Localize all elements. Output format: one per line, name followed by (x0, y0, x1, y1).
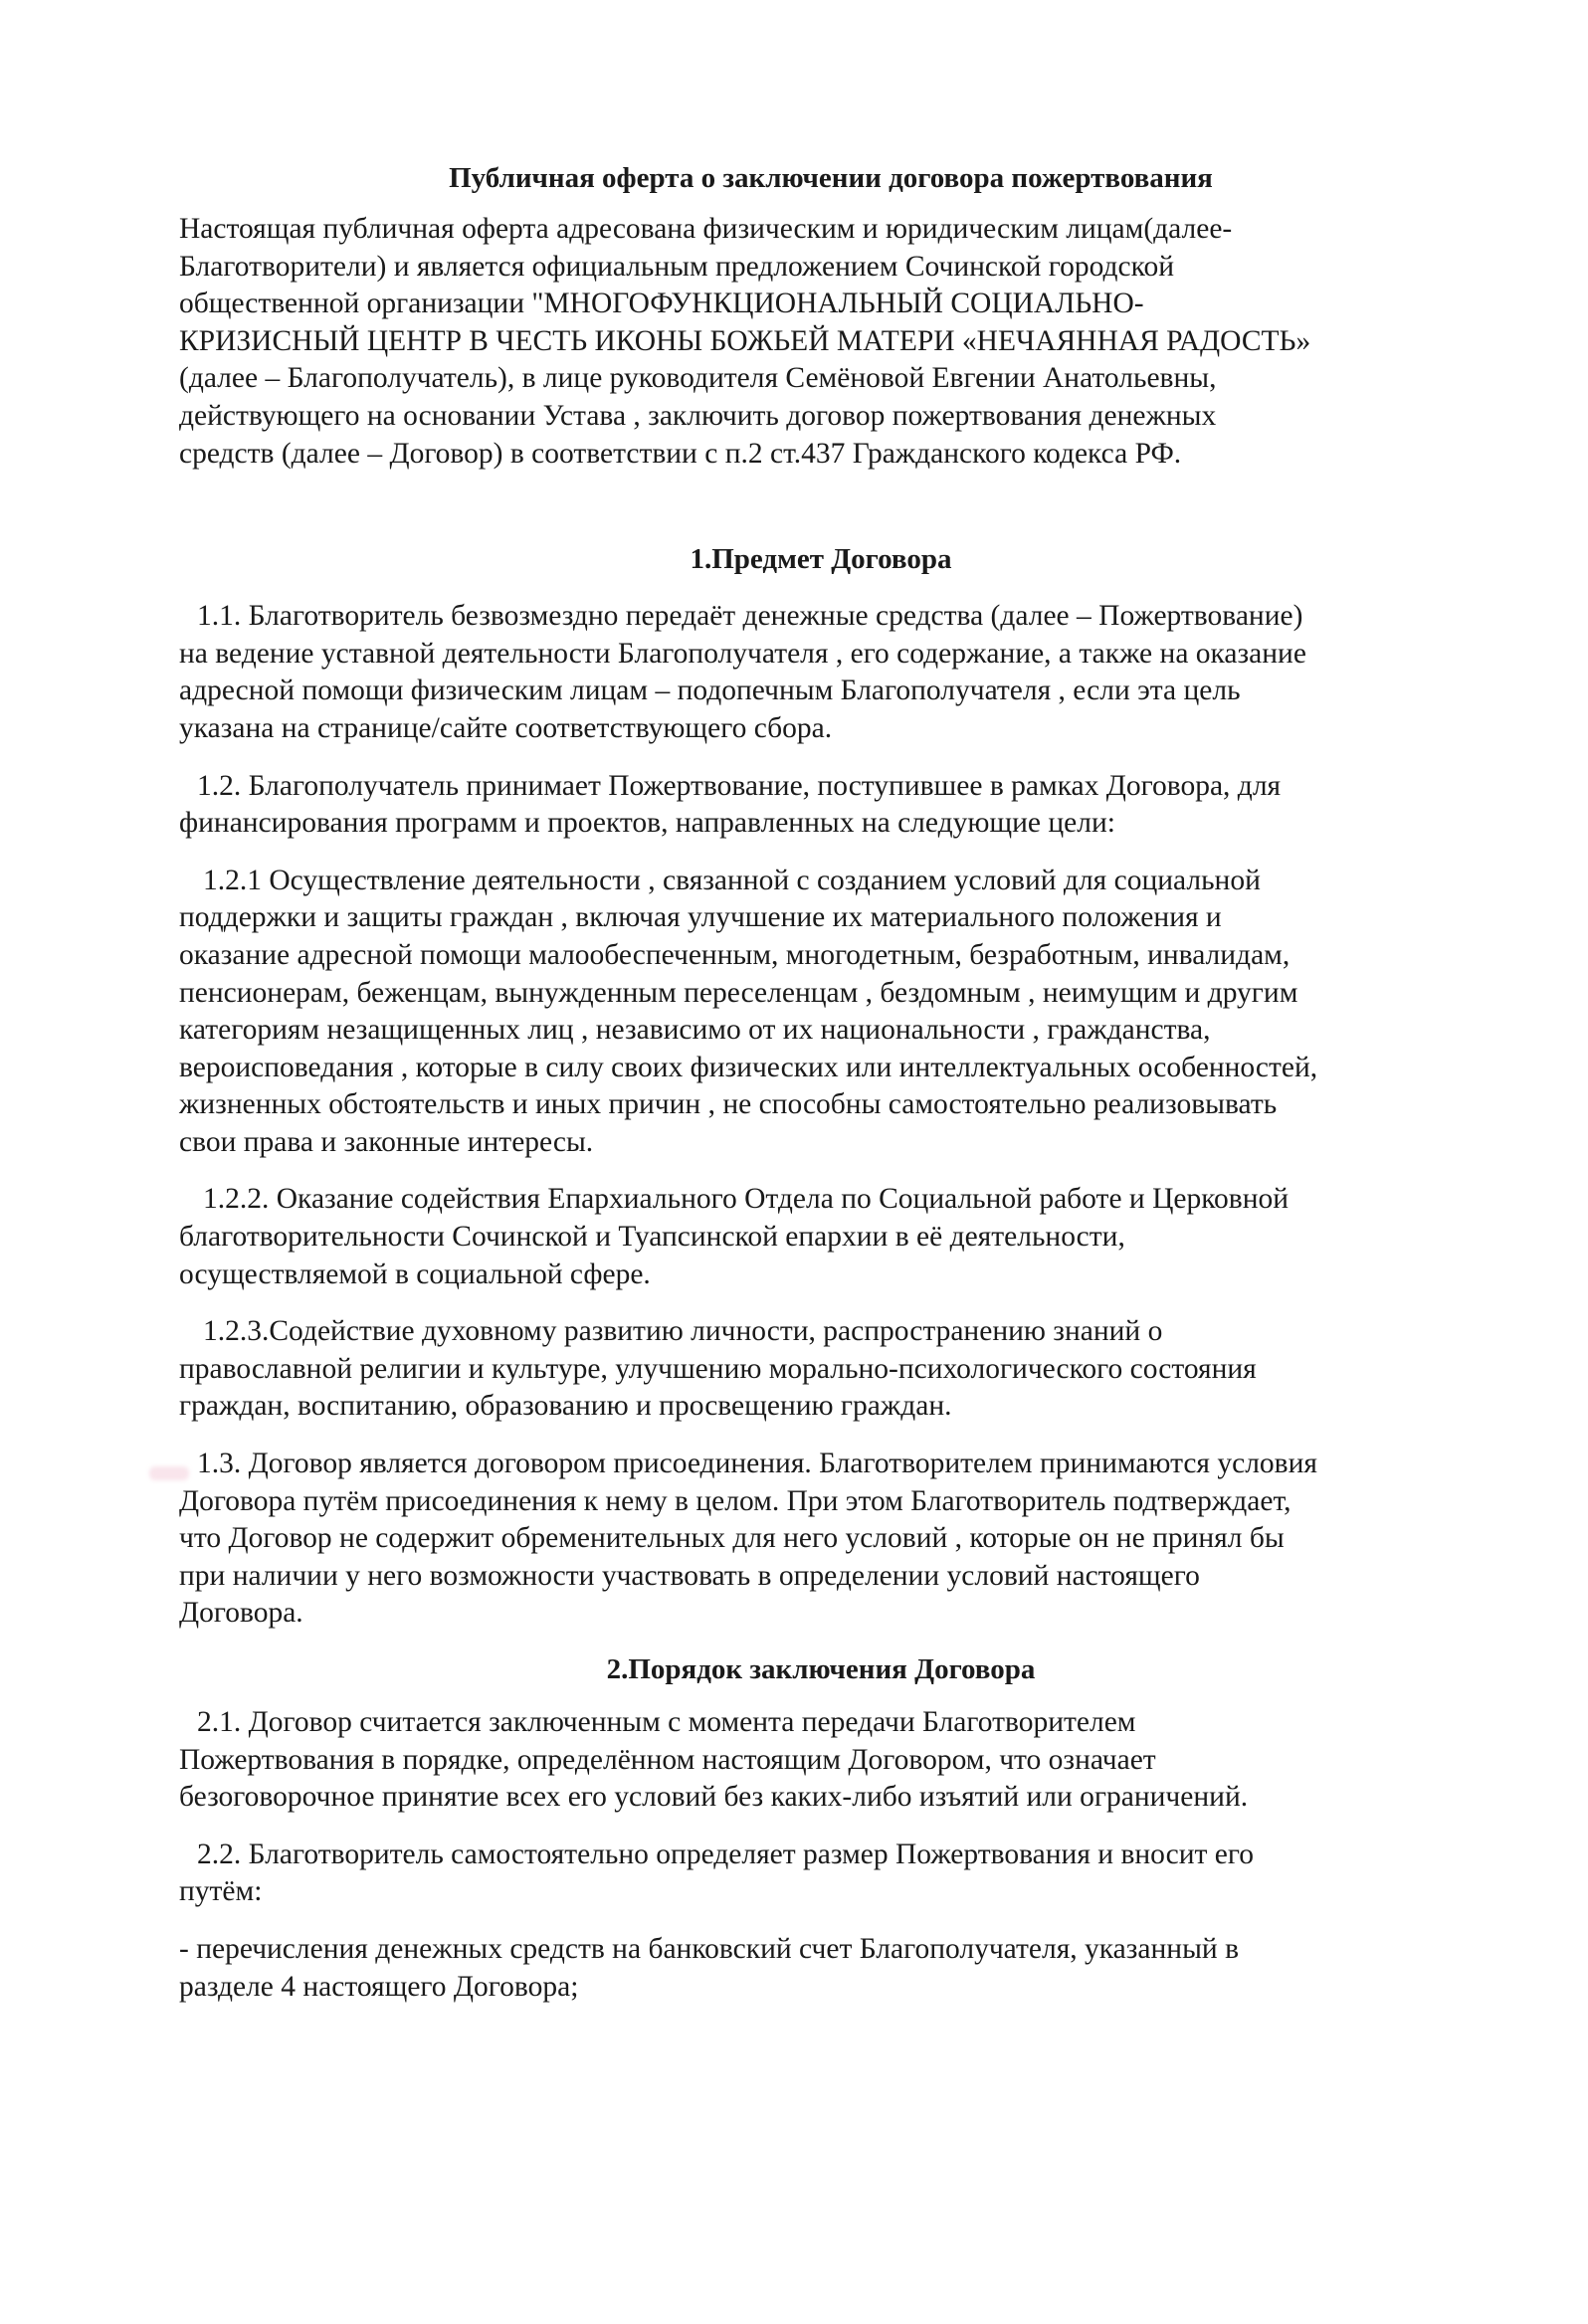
clause-line: вероисповедания , которые в силу своих ф… (179, 1050, 1463, 1087)
intro-line: Настоящая публичная оферта адресована фи… (179, 211, 1463, 249)
clause-line: православной религии и культуре, улучшен… (179, 1351, 1463, 1389)
clause-line: пенсионерам, беженцам, вынужденным перес… (179, 975, 1463, 1013)
section-heading-1: 1.Предмет Договора (179, 540, 1463, 578)
intro-paragraph: Настоящая публичная оферта адресована фи… (179, 211, 1463, 473)
clause-2-2-item: - перечисления денежных средств на банко… (179, 1931, 1463, 2006)
clause-line: осуществляемой в социальной сфере. (179, 1257, 1463, 1294)
section-heading-2: 2.Порядок заключения Договора (179, 1650, 1463, 1688)
clause-1-2-2: 1.2.2. Оказание содействия Епархиального… (179, 1181, 1463, 1293)
intro-line: КРИЗИСНЫЙ ЦЕНТР В ЧЕСТЬ ИКОНЫ БОЖЬЕЙ МАТ… (179, 323, 1463, 361)
clause-line: - перечисления денежных средств на банко… (179, 1931, 1463, 1969)
clause-line: безоговорочное принятие всех его условий… (179, 1779, 1463, 1817)
clause-line: поддержки и защиты граждан , включая улу… (179, 899, 1463, 937)
clause-1-2: 1.2. Благополучатель принимает Пожертвов… (179, 768, 1463, 843)
clause-line: 1.2.2. Оказание содействия Епархиального… (179, 1181, 1463, 1219)
clause-line: при наличии у него возможности участвова… (179, 1558, 1463, 1596)
clause-line: 1.2.3.Содействие духовному развитию личн… (179, 1313, 1463, 1351)
intro-line: Благотворители) и является официальным п… (179, 249, 1463, 287)
clause-line: 2.1. Договор считается заключенным с мом… (179, 1704, 1463, 1742)
clause-line: Пожертвования в порядке, определённом на… (179, 1742, 1463, 1780)
clause-line: благотворительности Сочинской и Туапсинс… (179, 1219, 1463, 1257)
clause-line: 1.3. Договор является договором присоеди… (179, 1446, 1463, 1483)
intro-line: средств (далее – Договор) в соответствии… (179, 436, 1463, 474)
clause-1-1: 1.1. Благотворитель безвозмездно передаё… (179, 598, 1463, 747)
intro-line: (далее – Благополучатель), в лице руково… (179, 360, 1463, 398)
clause-1-2-1: 1.2.1 Осуществление деятельности , связа… (179, 863, 1463, 1162)
clause-line: финансирования программ и проектов, напр… (179, 805, 1463, 843)
clause-line: что Договор не содержит обременительных … (179, 1520, 1463, 1558)
clause-line: граждан, воспитанию, образованию и просв… (179, 1388, 1463, 1426)
clause-line: указана на странице/сайте соответствующе… (179, 710, 1463, 748)
clause-1-3: 1.3. Договор является договором присоеди… (179, 1446, 1463, 1633)
clause-line: Договора. (179, 1595, 1463, 1633)
clause-line: на ведение уставной деятельности Благопо… (179, 636, 1463, 674)
clause-line: оказание адресной помощи малообеспеченны… (179, 937, 1463, 975)
clause-line: 1.1. Благотворитель безвозмездно передаё… (179, 598, 1463, 636)
document-title: Публичная оферта о заключении договора п… (179, 159, 1463, 197)
clause-line: свои права и законные интересы. (179, 1124, 1463, 1162)
document-page: Публичная оферта о заключении договора п… (179, 159, 1463, 2006)
clause-2-1: 2.1. Договор считается заключенным с мом… (179, 1704, 1463, 1817)
clause-line: 2.2. Благотворитель самостоятельно опред… (179, 1837, 1463, 1874)
clause-line: Договора путём присоединения к нему в це… (179, 1483, 1463, 1521)
clause-line: адресной помощи физическим лицам – подоп… (179, 673, 1463, 710)
clause-line: 1.2. Благополучатель принимает Пожертвов… (179, 768, 1463, 806)
clause-line: разделе 4 настоящего Договора; (179, 1969, 1463, 2007)
clause-line: категориям незащищенных лиц , независимо… (179, 1012, 1463, 1050)
clause-line: жизненных обстоятельств и иных причин , … (179, 1086, 1463, 1124)
intro-line: действующего на основании Устава , заклю… (179, 398, 1463, 436)
clause-line: 1.2.1 Осуществление деятельности , связа… (179, 863, 1463, 900)
clause-line: путём: (179, 1873, 1463, 1911)
intro-line: общественной организации "МНОГОФУНКЦИОНА… (179, 286, 1463, 323)
clause-2-2: 2.2. Благотворитель самостоятельно опред… (179, 1837, 1463, 1911)
clause-1-2-3: 1.2.3.Содействие духовному развитию личн… (179, 1313, 1463, 1426)
